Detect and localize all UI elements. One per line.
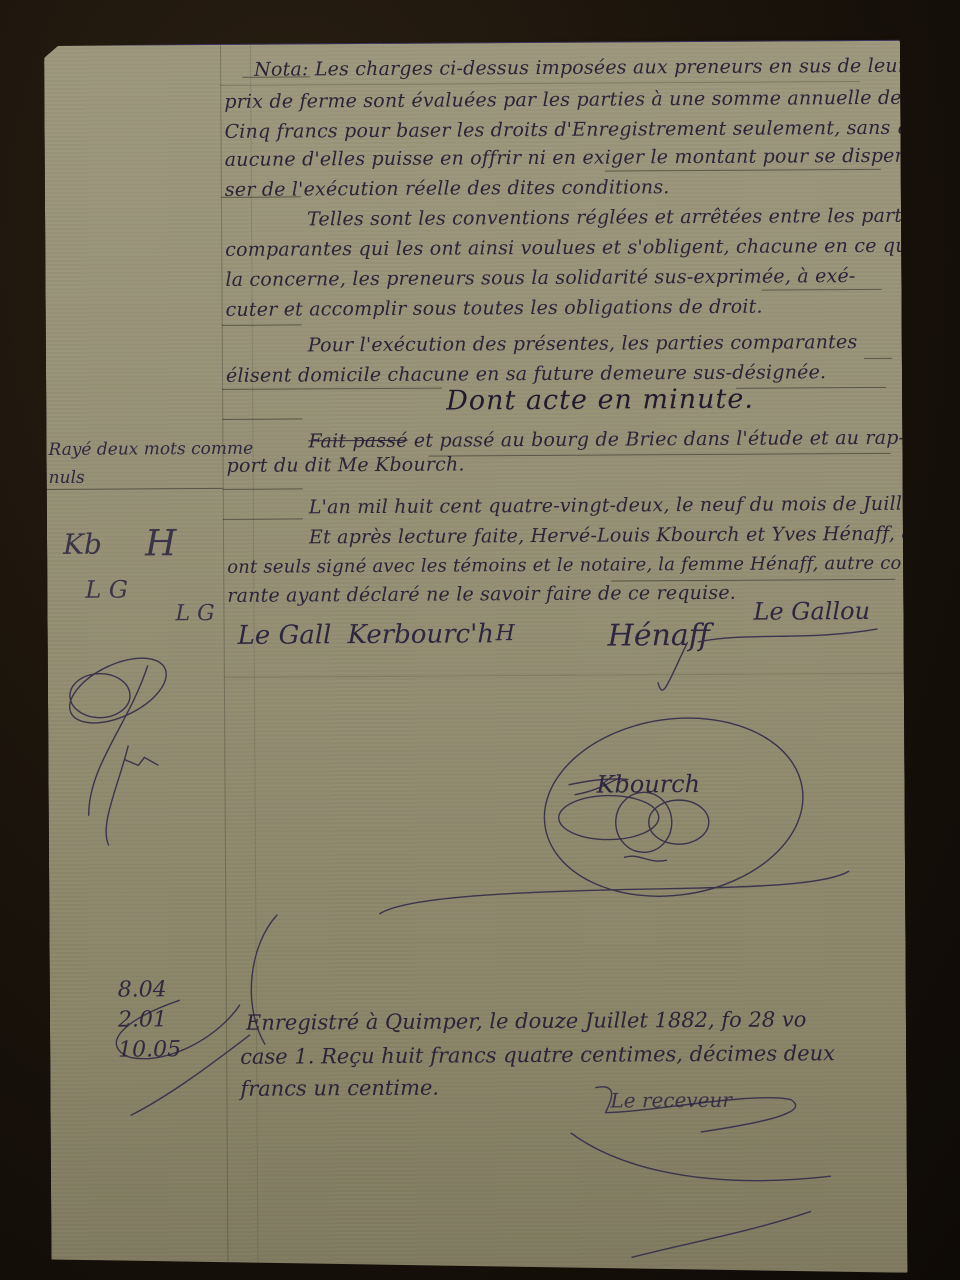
- registration-line1: Enregistré à Quimper, le douze Juillet 1…: [246, 1007, 807, 1034]
- fee-droits: 8.04: [118, 975, 181, 1005]
- registration-line2: case 1. Reçu huit francs quatre centimes…: [240, 1041, 835, 1069]
- document-page: Nota: Les charges ci-dessus imposées aux…: [44, 41, 908, 1278]
- registration-line3: francs un centime.: [240, 1076, 439, 1101]
- notary-signature: Kbourch: [596, 770, 700, 799]
- receiver-signature: Le receveur: [610, 1088, 732, 1113]
- fee-total: 10.05: [118, 1035, 181, 1065]
- fees-column: 8.04 2.01 10.05: [118, 975, 182, 1065]
- pen-flourishes: [44, 41, 908, 1278]
- fee-decimes: 2.01: [118, 1005, 181, 1035]
